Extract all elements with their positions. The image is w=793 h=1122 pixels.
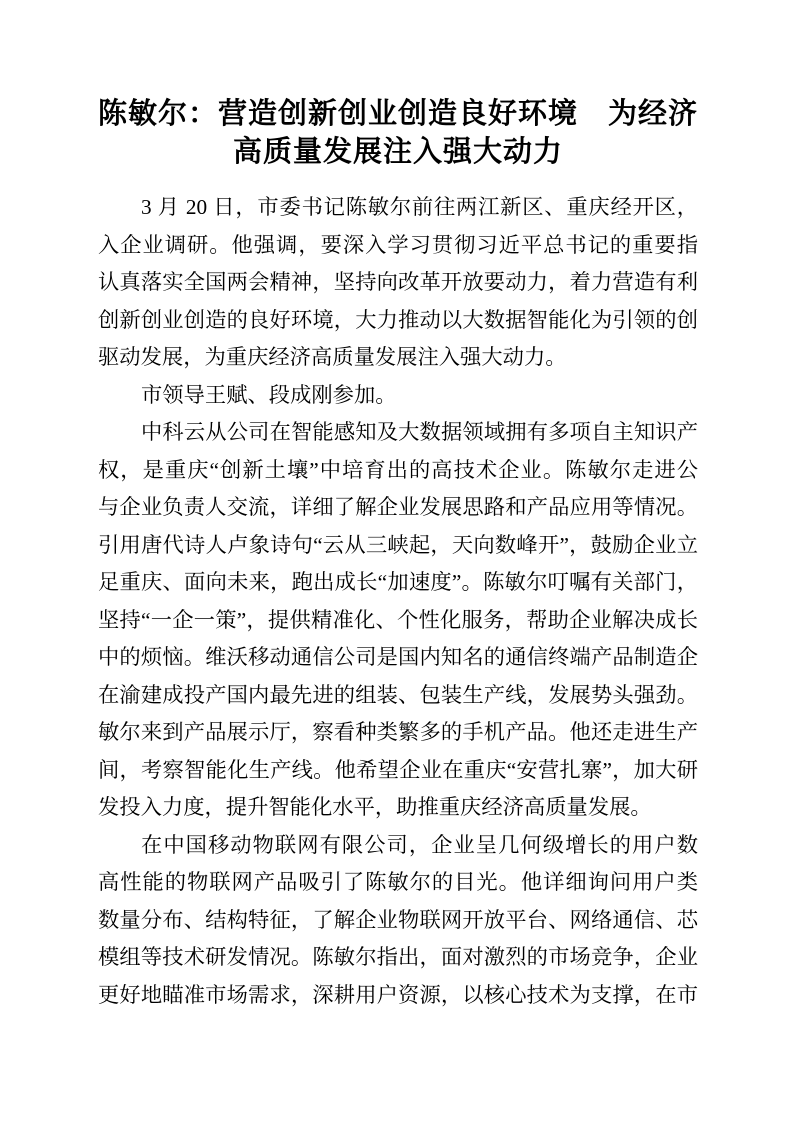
body-paragraph-1-line-2: 入企业调研。他强调，要深入学习贯彻习近平总书记的重要指示， (98, 227, 698, 265)
body-paragraph-4-line-5: 更好地瞄准市场需求，深耕用户资源，以核心技术为支撑，在市场 (98, 977, 698, 1015)
body-paragraph-4-line-4: 模组等技术研发情况。陈敏尔指出，面对激烈的市场竞争，企业要 (98, 939, 698, 977)
title-line-2: 高质量发展注入强大动力 (98, 132, 698, 170)
body-paragraph-4-line-3: 数量分布、结构特征，了解企业物联网开放平台、网络通信、芯片 (98, 902, 698, 940)
body-paragraph-3-line-4: 引用唐代诗人卢象诗句“云从三峡起，天向数峰开”，鼓励企业立 (98, 527, 698, 565)
body-paragraph-3-line-6: 坚持“一企一策”，提供精准化、个性化服务，帮助企业解决成长 (98, 602, 698, 640)
body-paragraph-3-line-5: 足重庆、面向未来，跑出成长“加速度”。陈敏尔叮嘱有关部门， (98, 564, 698, 602)
title-line-1: 陈敏尔：营造创新创业创造良好环境 为经济 (98, 94, 698, 132)
body-paragraph-2-line-1: 市领导王赋、段成刚参加。 (98, 377, 698, 415)
body-paragraph-4-line-2: 高性能的物联网产品吸引了陈敏尔的目光。他详细询问用户类型、 (98, 864, 698, 902)
body-paragraph-4-line-1: 在中国移动物联网有限公司，企业呈几何级增长的用户数量、 (98, 827, 698, 865)
document-body: 3 月 20 日，市委书记陈敏尔前往两江新区、重庆经开区，深入企业调研。他强调，… (98, 189, 698, 1014)
body-paragraph-3-line-2: 权，是重庆“创新土壤”中培育出的高技术企业。陈敏尔走进公司， (98, 452, 698, 490)
body-paragraph-1-line-4: 创新创业创造的良好环境，大力推动以大数据智能化为引领的创新 (98, 302, 698, 340)
body-paragraph-3-line-10: 间，考察智能化生产线。他希望企业在重庆“安营扎寨”，加大研 (98, 752, 698, 790)
body-paragraph-3-line-8: 在渝建成投产国内最先进的组装、包装生产线，发展势头强劲。陈 (98, 677, 698, 715)
body-paragraph-1-line-3: 认真落实全国两会精神，坚持向改革开放要动力，着力营造有利于 (98, 264, 698, 302)
body-paragraph-3-line-11: 发投入力度，提升智能化水平，助推重庆经济高质量发展。 (98, 789, 698, 827)
document-title: 陈敏尔：营造创新创业创造良好环境 为经济 高质量发展注入强大动力 (98, 94, 698, 170)
body-paragraph-3-line-9: 敏尔来到产品展示厅，察看种类繁多的手机产品。他还走进生产车 (98, 714, 698, 752)
body-paragraph-3-line-7: 中的烦恼。维沃移动通信公司是国内知名的通信终端产品制造企业， (98, 639, 698, 677)
body-paragraph-3-line-1: 中科云从公司在智能感知及大数据领域拥有多项自主知识产 (98, 414, 698, 452)
body-paragraph-1-line-5: 驱动发展，为重庆经济高质量发展注入强大动力。 (98, 339, 698, 377)
body-paragraph-3-line-3: 与企业负责人交流，详细了解企业发展思路和产品应用等情况。他 (98, 489, 698, 527)
document-page: 陈敏尔：营造创新创业创造良好环境 为经济 高质量发展注入强大动力 3 月 20 … (0, 0, 793, 1122)
body-paragraph-1-line-1: 3 月 20 日，市委书记陈敏尔前往两江新区、重庆经开区，深 (98, 189, 698, 227)
